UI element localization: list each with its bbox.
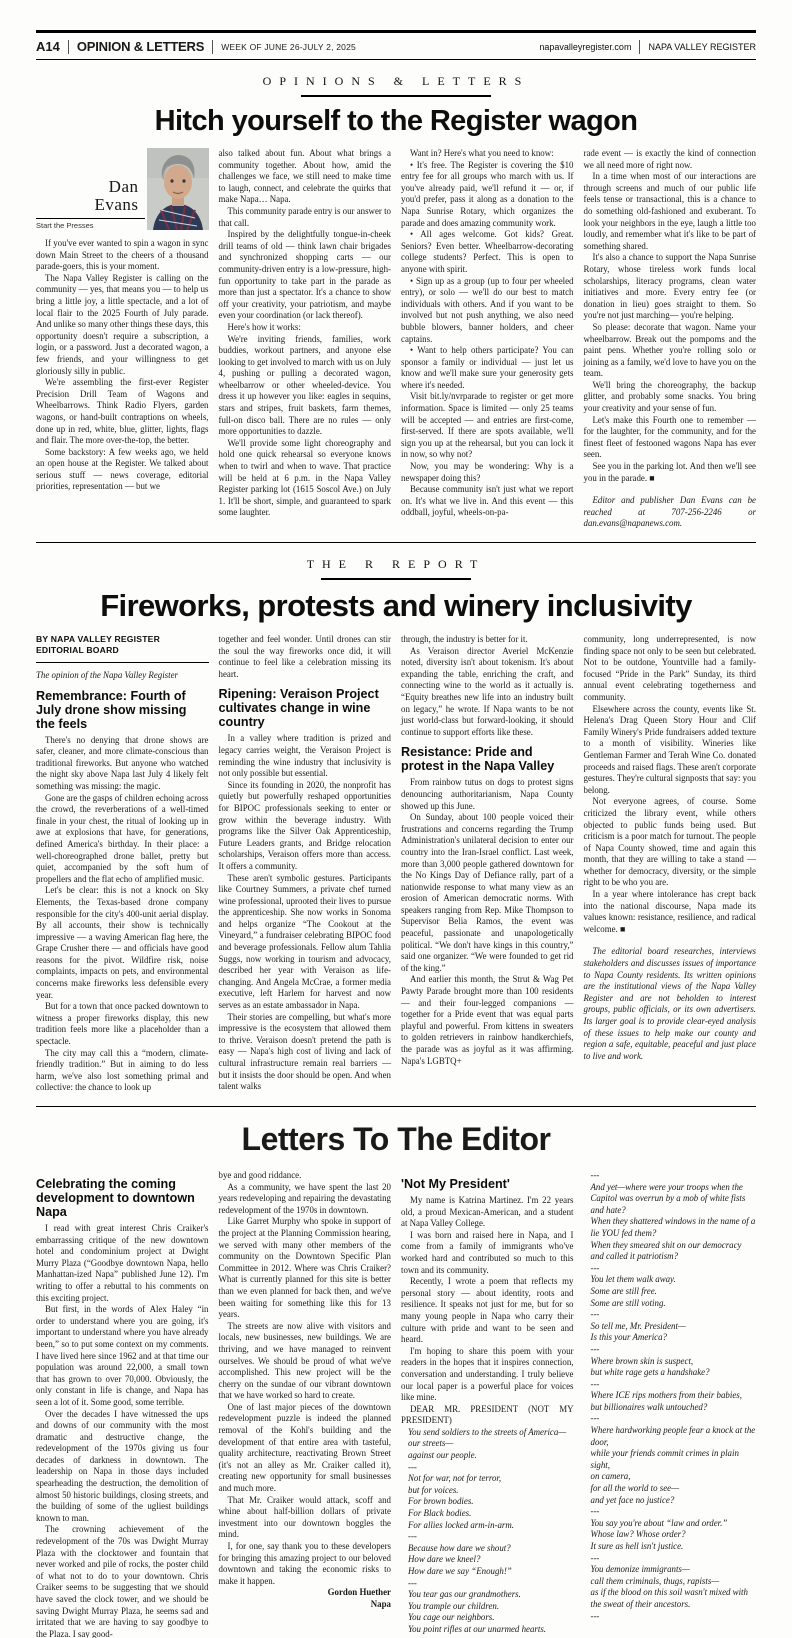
author-byline-left: Dan Evans Start the Presses: [36, 178, 145, 230]
letter-paragraph: So tell me, Mr. President—: [584, 1321, 757, 1333]
letter-paragraph: bye and good riddance.: [219, 1170, 392, 1182]
column-title: Start the Presses: [36, 221, 145, 230]
article-paragraph: through, the industry is better for it.: [401, 634, 574, 646]
page-header-right: napavalleyregister.com NAPA VALLEY REGIS…: [539, 40, 756, 54]
letter-paragraph: DEAR MR. PRESIDENT (NOT MY PRESIDENT): [401, 1404, 574, 1427]
article-paragraph: In a year where intolerance has crept ba…: [584, 889, 757, 935]
kicker-rule: [321, 578, 471, 580]
article-paragraph: Not everyone agrees, of course. Some cri…: [584, 796, 757, 889]
article-paragraph: community, long underrepresented, is now…: [584, 634, 757, 704]
letter-paragraph: Celebrating the coming development to do…: [36, 1177, 209, 1219]
r-report-column-1-text: The opinion of the Napa Valley RegisterR…: [36, 670, 209, 1094]
letter-paragraph: against our people.: [401, 1450, 574, 1462]
article1-column-1-text: If you've ever wanted to spin a wagon in…: [36, 238, 209, 493]
letter-paragraph: One of last major pieces of the downtown…: [219, 1402, 392, 1495]
article-paragraph: We're inviting friends, families, work b…: [219, 334, 392, 438]
letter-paragraph: as if the blood on this soil wasn't mixe…: [584, 1587, 757, 1610]
divider: [639, 40, 640, 54]
letter-paragraph: Some are still voting.: [584, 1298, 757, 1310]
letter-paragraph: Recently, I wrote a poem that reflects m…: [401, 1276, 574, 1346]
article-paragraph: rade event — is exactly the kind of conn…: [584, 148, 757, 171]
r-report-headline: Fireworks, protests and winery inclusivi…: [36, 588, 756, 624]
letter-paragraph: And yet—where were your troops when the …: [584, 1182, 757, 1217]
letter-paragraph: Napa: [219, 1599, 392, 1611]
article-paragraph: These aren't symbolic gestures. Particip…: [219, 873, 392, 1012]
letter-paragraph: You demonize immigrants—: [584, 1564, 757, 1576]
letter-paragraph: Where ICE rips mothers from their babies…: [584, 1390, 757, 1402]
letter-paragraph: ---: [401, 1578, 574, 1590]
letter-paragraph: How dare we kneel?: [401, 1554, 574, 1566]
letter-paragraph: You point rifles at our unarmed hearts.: [401, 1624, 574, 1636]
article-paragraph: Let's be clear: this is not a knock on S…: [36, 885, 209, 1001]
article-paragraph: Want in? Here's what you need to know:: [401, 148, 574, 160]
letter-paragraph: Where brown skin is suspect,: [584, 1356, 757, 1368]
letter-paragraph: and yet face no justice?: [584, 1495, 757, 1507]
article-paragraph: There's no denying that drone shows are …: [36, 735, 209, 793]
letters-column-2: bye and good riddance.As a community, we…: [219, 1170, 392, 1638]
letter-paragraph: It sure as hell isn't justice.: [584, 1541, 757, 1553]
letter-paragraph: I read with great interest Chris Craiker…: [36, 1223, 209, 1304]
letter-paragraph: Where hardworking people fear a knock at…: [584, 1425, 757, 1448]
letter-paragraph: 'Not My President': [401, 1177, 574, 1191]
letter-paragraph: ---: [584, 1170, 757, 1182]
r-report-column-3: through, the industry is better for it.A…: [401, 634, 574, 1094]
publication-name: NAPA VALLEY REGISTER: [648, 42, 756, 52]
letter-paragraph: The streets are now alive with visitors …: [219, 1321, 392, 1402]
article-paragraph: The Napa Valley Register is calling on t…: [36, 273, 209, 377]
article-paragraph: In a valley where tradition is prized an…: [219, 733, 392, 779]
letter-paragraph: our streets—: [401, 1438, 574, 1450]
letter-paragraph: for all the world to see—: [584, 1483, 757, 1495]
article1-headline: Hitch yourself to the Register wagon: [36, 105, 756, 138]
r-report-column-4: community, long underrepresented, is now…: [584, 634, 757, 1094]
letter-paragraph: but billionaires walk untouched?: [584, 1402, 757, 1414]
article-paragraph: In a time when most of our interactions …: [584, 171, 757, 252]
letter-paragraph: You say you're about “law and order.”: [584, 1518, 757, 1530]
letter-paragraph: ---: [584, 1379, 757, 1391]
divider: [68, 40, 69, 54]
byline-line-1: BY NAPA VALLEY REGISTER: [36, 634, 209, 645]
letter-paragraph: ---: [584, 1309, 757, 1321]
letter-paragraph: ---: [584, 1263, 757, 1275]
article-paragraph: Visit bit.ly/nvrparade to register or ge…: [401, 391, 574, 461]
page-number: A14: [36, 39, 60, 54]
letters-headline: Letters To The Editor: [36, 1121, 756, 1158]
letter-paragraph: Is this your America?: [584, 1332, 757, 1344]
letter-paragraph: ---: [584, 1413, 757, 1425]
letter-paragraph: You let them walk away.: [584, 1274, 757, 1286]
article1-column-4: rade event — is exactly the kind of conn…: [584, 148, 757, 530]
article-paragraph: From rainbow tutus on dogs to protest si…: [401, 777, 574, 812]
author-byline-card: Dan Evans Start the Presses: [36, 148, 209, 230]
letter-paragraph: You trample our children.: [401, 1601, 574, 1613]
article-paragraph: Their stories are compelling, but what's…: [219, 1012, 392, 1093]
section-divider: [36, 542, 756, 543]
letter-paragraph: For brown bodies.: [401, 1496, 574, 1508]
article1-column-1: Dan Evans Start the Presses: [36, 148, 209, 530]
letter-paragraph: Whose law? Whose order?: [584, 1529, 757, 1541]
letter-paragraph: ---: [584, 1506, 757, 1518]
letter-paragraph: but for voices.: [401, 1485, 574, 1497]
article-paragraph: also talked about fun. About what brings…: [219, 148, 392, 206]
letter-paragraph: When they smeared shit on our democracy …: [584, 1240, 757, 1263]
letter-paragraph: When they shattered windows in the name …: [584, 1216, 757, 1239]
letter-paragraph: Like Garret Murphy who spoke in support …: [219, 1216, 392, 1320]
article-paragraph: Let's make this Fourth one to remember —…: [584, 415, 757, 461]
article-paragraph: We'll bring the choreography, the backup…: [584, 380, 757, 415]
article-paragraph: Since its founding in 2020, the nonprofi…: [219, 780, 392, 873]
letter-paragraph: I, for one, say thank you to these devel…: [219, 1541, 392, 1587]
article1-column-3: Want in? Here's what you need to know:• …: [401, 148, 574, 530]
letter-paragraph: ---: [584, 1553, 757, 1565]
r-report-column-2: together and feel wonder. Until drones c…: [219, 634, 392, 1094]
article-paragraph: • Want to help others participate? You c…: [401, 345, 574, 391]
author-name: Dan Evans: [36, 178, 145, 218]
letters-column-3: 'Not My President'My name is Katrina Mar…: [401, 1170, 574, 1638]
letter-paragraph: Some are still free.: [584, 1286, 757, 1298]
article-paragraph: This community parade entry is our answe…: [219, 206, 392, 229]
article-paragraph: And earlier this month, the Strut & Wag …: [401, 974, 574, 1067]
author-last-name: Evans: [36, 196, 139, 214]
letter-paragraph: As a community, we have spent the last 2…: [219, 1182, 392, 1217]
letter-paragraph: ---: [584, 1611, 757, 1623]
author-first-name: Dan: [36, 178, 139, 196]
article-paragraph: Gone are the gasps of children echoing a…: [36, 793, 209, 886]
letter-paragraph: Not for war, not for terror,: [401, 1473, 574, 1485]
letter-paragraph: You send soldiers to the streets of Amer…: [401, 1427, 574, 1439]
r-report-kicker: THE R REPORT: [36, 557, 756, 572]
page-header: A14 OPINION & LETTERS WEEK OF JUNE 26-JU…: [36, 30, 756, 60]
letter-paragraph: You tear gas our grandmothers.: [401, 1589, 574, 1601]
author-headshot-photo: [147, 148, 209, 230]
article-paragraph: • All ages welcome. Got kids? Great. Sen…: [401, 229, 574, 275]
letter-paragraph: How dare we say “Enough!”: [401, 1566, 574, 1578]
article-paragraph: The opinion of the Napa Valley Register: [36, 670, 209, 682]
letter-paragraph: That Mr. Craiker would attack, scoff and…: [219, 1495, 392, 1541]
letters-column-1: Celebrating the coming development to do…: [36, 1170, 209, 1638]
article1-column-2: also talked about fun. About what brings…: [219, 148, 392, 530]
letter-paragraph: The crowning achievement of the redevelo…: [36, 1524, 209, 1638]
letter-paragraph: For allies locked arm-in-arm.: [401, 1520, 574, 1532]
article-paragraph: As Veraison director Averiel McKenzie no…: [401, 646, 574, 739]
letter-paragraph: but white rage gets a handshake?: [584, 1367, 757, 1379]
article-paragraph: • Sign up as a group (up to four per whe…: [401, 276, 574, 346]
article-paragraph: Resistance: Pride and protest in the Nap…: [401, 745, 574, 773]
editorial-board-byline: BY NAPA VALLEY REGISTER EDITORIAL BOARD: [36, 634, 209, 663]
letter-paragraph: You cage our neighbors.: [401, 1612, 574, 1624]
letter-paragraph: ---: [401, 1462, 574, 1474]
letter-paragraph: For Black bodies.: [401, 1508, 574, 1520]
article-paragraph: Remembrance: Fourth of July drone show m…: [36, 689, 209, 731]
article-paragraph: We'll provide some light choreography an…: [219, 438, 392, 519]
divider: [212, 40, 213, 54]
letter-paragraph: on camera,: [584, 1471, 757, 1483]
issue-date: WEEK OF JUNE 26-JULY 2, 2025: [221, 42, 356, 52]
letter-paragraph: Because how dare we shout?: [401, 1543, 574, 1555]
letter-paragraph: But first, in the words of Alex Haley “i…: [36, 1304, 209, 1408]
letter-paragraph: Over the decades I have witnessed the up…: [36, 1409, 209, 1525]
article-paragraph: The editorial board researches, intervie…: [584, 946, 757, 1062]
article-paragraph: It's also a chance to support the Napa S…: [584, 252, 757, 322]
article-paragraph: So please: decorate that wagon. Name you…: [584, 322, 757, 380]
article-paragraph: Some backstory: A few weeks ago, we held…: [36, 447, 209, 493]
article-paragraph: If you've ever wanted to spin a wagon in…: [36, 238, 209, 273]
r-report-column-1: BY NAPA VALLEY REGISTER EDITORIAL BOARD …: [36, 634, 209, 1094]
article-paragraph: together and feel wonder. Until drones c…: [219, 634, 392, 680]
article-paragraph: Now, you may be wondering: Why is a news…: [401, 461, 574, 484]
article-paragraph: Ripening: Veraison Project cultivates ch…: [219, 687, 392, 729]
letter-paragraph: I was born and raised here in Napa, and …: [401, 1230, 574, 1276]
letter-paragraph: My name is Katrina Martinez. I'm 22 year…: [401, 1195, 574, 1230]
newspaper-page: A14 OPINION & LETTERS WEEK OF JUNE 26-JU…: [0, 0, 792, 1638]
letter-paragraph: while your friends commit crimes in plai…: [584, 1448, 757, 1471]
letters-columns: Celebrating the coming development to do…: [36, 1170, 756, 1638]
letter-paragraph: ---: [401, 1531, 574, 1543]
article-paragraph: Inspired by the delightfully tongue-in-c…: [219, 229, 392, 322]
letter-paragraph: Gordon Huether: [219, 1587, 392, 1599]
section-kicker: OPINIONS & LETTERS: [36, 74, 756, 89]
article-paragraph: See you in the parking lot. And then we'…: [584, 461, 757, 484]
section-name: OPINION & LETTERS: [77, 39, 204, 54]
article-paragraph: We're assembling the first-ever Register…: [36, 377, 209, 447]
article-paragraph: Here's how it works:: [219, 322, 392, 334]
article-paragraph: Because community isn't just what we rep…: [401, 484, 574, 519]
article-paragraph: • It's free. The Register is covering th…: [401, 160, 574, 230]
article-paragraph: Editor and publisher Dan Evans can be re…: [584, 495, 757, 530]
letters-column-4: ---And yet—where were your troops when t…: [584, 1170, 757, 1638]
article-paragraph: On Sunday, about 100 people voiced their…: [401, 812, 574, 974]
page-header-left: A14 OPINION & LETTERS WEEK OF JUNE 26-JU…: [36, 39, 356, 54]
byline-line-2: EDITORIAL BOARD: [36, 645, 209, 656]
letter-paragraph: I'm hoping to share this poem with your …: [401, 1346, 574, 1404]
section-divider: [36, 1106, 756, 1107]
website: napavalleyregister.com: [539, 42, 631, 52]
kicker-rule: [301, 95, 491, 97]
r-report-columns: BY NAPA VALLEY REGISTER EDITORIAL BOARD …: [36, 634, 756, 1094]
article-paragraph: But for a town that once packed downtown…: [36, 1001, 209, 1047]
article1-columns: Dan Evans Start the Presses: [36, 148, 756, 530]
byline-rule: Start the Presses: [36, 218, 145, 230]
article-paragraph: The city may call this a “modern, climat…: [36, 1048, 209, 1094]
letter-paragraph: ---: [584, 1344, 757, 1356]
article-paragraph: Elsewhere across the county, events like…: [584, 704, 757, 797]
letter-paragraph: call them criminals, thugs, rapists—: [584, 1576, 757, 1588]
